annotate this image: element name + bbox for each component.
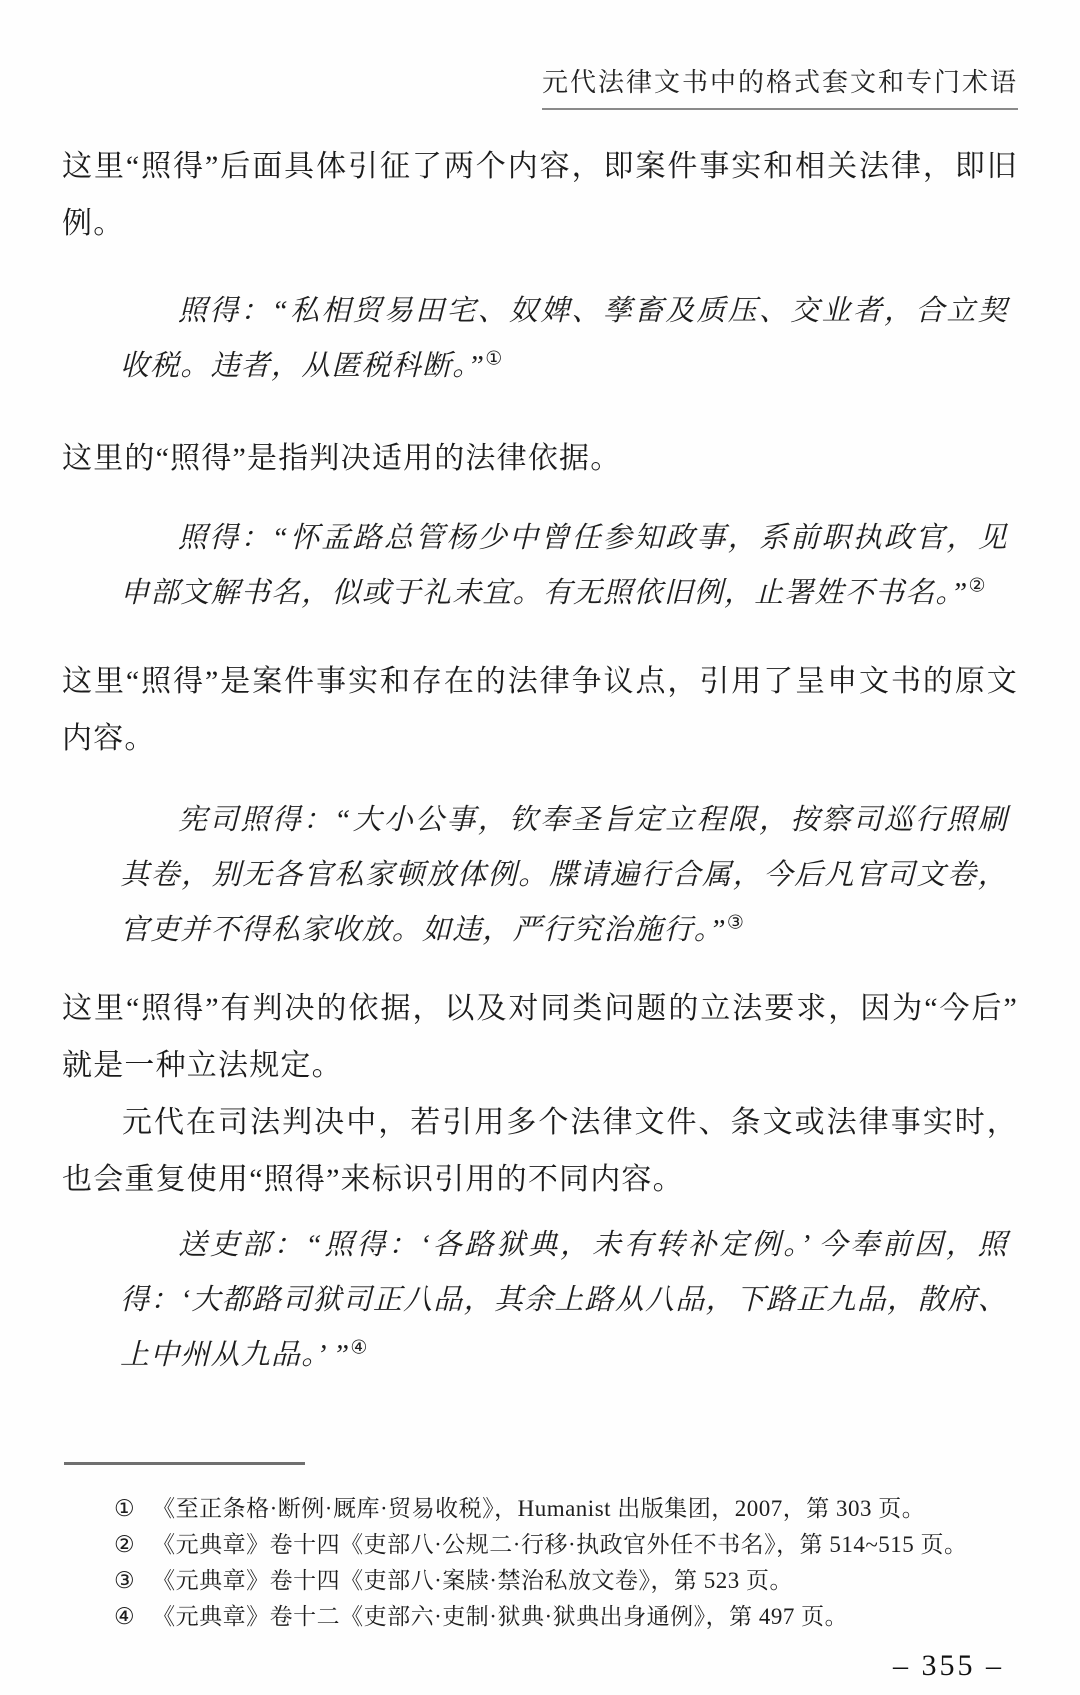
footnote-area: ① 《至正条格·断例·厩库·贸易收税》，Humanist 出版集团，2007，第… xyxy=(62,1462,1017,1683)
paragraph-legislative-requirement: 这里“照得”有判决的依据，以及对同类问题的立法要求，因为“今后”就是一种立法规定… xyxy=(62,980,1018,1094)
running-header: 元代法律文书中的格式套文和专门术语 xyxy=(62,62,1018,102)
paragraph-intro-old-precedent: 这里“照得”后面具体引征了两个内容，即案件事实和相关法律，即旧例。 xyxy=(62,138,1018,252)
quote-ministry-personnel-text: 送吏部：“照得：‘各路狱典，未有转补定例。’ 今奉前因，照得：‘大都路司狱司正八… xyxy=(120,1229,1008,1371)
footnote-ref-2: ② xyxy=(968,575,985,596)
footnote-3: ③ 《元典章》卷十四《吏部八·案牍·禁治私放文卷》，第 523 页。 xyxy=(62,1563,1017,1599)
footnote-separator xyxy=(64,1462,305,1465)
footnote-4-marker: ④ xyxy=(114,1599,135,1635)
page-number: – 355 – xyxy=(62,1649,1017,1683)
footnote-4: ④ 《元典章》卷十二《吏部六·吏制·狱典·狱典出身通例》，第 497 页。 xyxy=(62,1599,1017,1635)
quote-huaimeng-governor: 照得：“怀孟路总管杨少中曾任参知政事，系前职执政官，见申部文解书名，似或于礼未宜… xyxy=(120,511,1008,621)
document-page: 元代法律文书中的格式套文和专门术语 这里“照得”后面具体引征了两个内容，即案件事… xyxy=(0,0,1080,1695)
footnote-1-marker: ① xyxy=(114,1491,135,1527)
running-header-title: 元代法律文书中的格式套文和专门术语 xyxy=(542,62,1018,110)
footnote-1-text: 《至正条格·断例·厩库·贸易收税》，Humanist 出版集团，2007，第 3… xyxy=(152,1491,925,1527)
footnote-2: ② 《元典章》卷十四《吏部八·公规二·行移·执政官外任不书名》，第 514~51… xyxy=(62,1527,1017,1563)
footnote-1: ① 《至正条格·断例·厩库·贸易收税》，Humanist 出版集团，2007，第… xyxy=(62,1491,1017,1527)
footnote-3-text: 《元典章》卷十四《吏部八·案牍·禁治私放文卷》，第 523 页。 xyxy=(152,1563,793,1599)
footnote-2-text: 《元典章》卷十四《吏部八·公规二·行移·执政官外任不书名》，第 514~515 … xyxy=(152,1527,967,1563)
quote-trade-tax-text: 照得：“私相贸易田宅、奴婢、孳畜及质压、交业者，合立契收税。违者，从匿税科断。” xyxy=(120,295,1008,382)
footnote-ref-1: ① xyxy=(485,348,502,369)
quote-ministry-personnel: 送吏部：“照得：‘各路狱典，未有转补定例。’ 今奉前因，照得：‘大都路司狱司正八… xyxy=(120,1218,1008,1383)
quote-xiansi-documents: 宪司照得：“大小公事，钦奉圣旨定立程限，按察司巡行照刷其卷，别无各官私家顿放体例… xyxy=(120,793,1008,958)
footnote-ref-3: ③ xyxy=(727,912,744,933)
quote-xiansi-documents-text: 宪司照得：“大小公事，钦奉圣旨定立程限，按察司巡行照刷其卷，别无各官私家顿放体例… xyxy=(120,804,1008,946)
footnote-3-marker: ③ xyxy=(114,1563,135,1599)
footnote-4-text: 《元典章》卷十二《吏部六·吏制·狱典·狱典出身通例》，第 497 页。 xyxy=(152,1599,848,1635)
quote-trade-tax: 照得：“私相贸易田宅、奴婢、孳畜及质压、交业者，合立契收税。违者，从匿税科断。”… xyxy=(120,284,1008,394)
paragraph-case-facts: 这里“照得”是案件事实和存在的法律争议点，引用了呈申文书的原文内容。 xyxy=(62,653,1018,767)
paragraph-repeated-usage: 元代在司法判决中，若引用多个法律文件、条文或法律事实时，也会重复使用“照得”来标… xyxy=(62,1094,1018,1208)
footnote-ref-4: ④ xyxy=(350,1337,367,1358)
paragraph-legal-basis: 这里的“照得”是指判决适用的法律依据。 xyxy=(62,430,1018,487)
quote-huaimeng-governor-text: 照得：“怀孟路总管杨少中曾任参知政事，系前职执政官，见申部文解书名，似或于礼未宜… xyxy=(120,522,1008,609)
footnote-2-marker: ② xyxy=(114,1527,135,1563)
